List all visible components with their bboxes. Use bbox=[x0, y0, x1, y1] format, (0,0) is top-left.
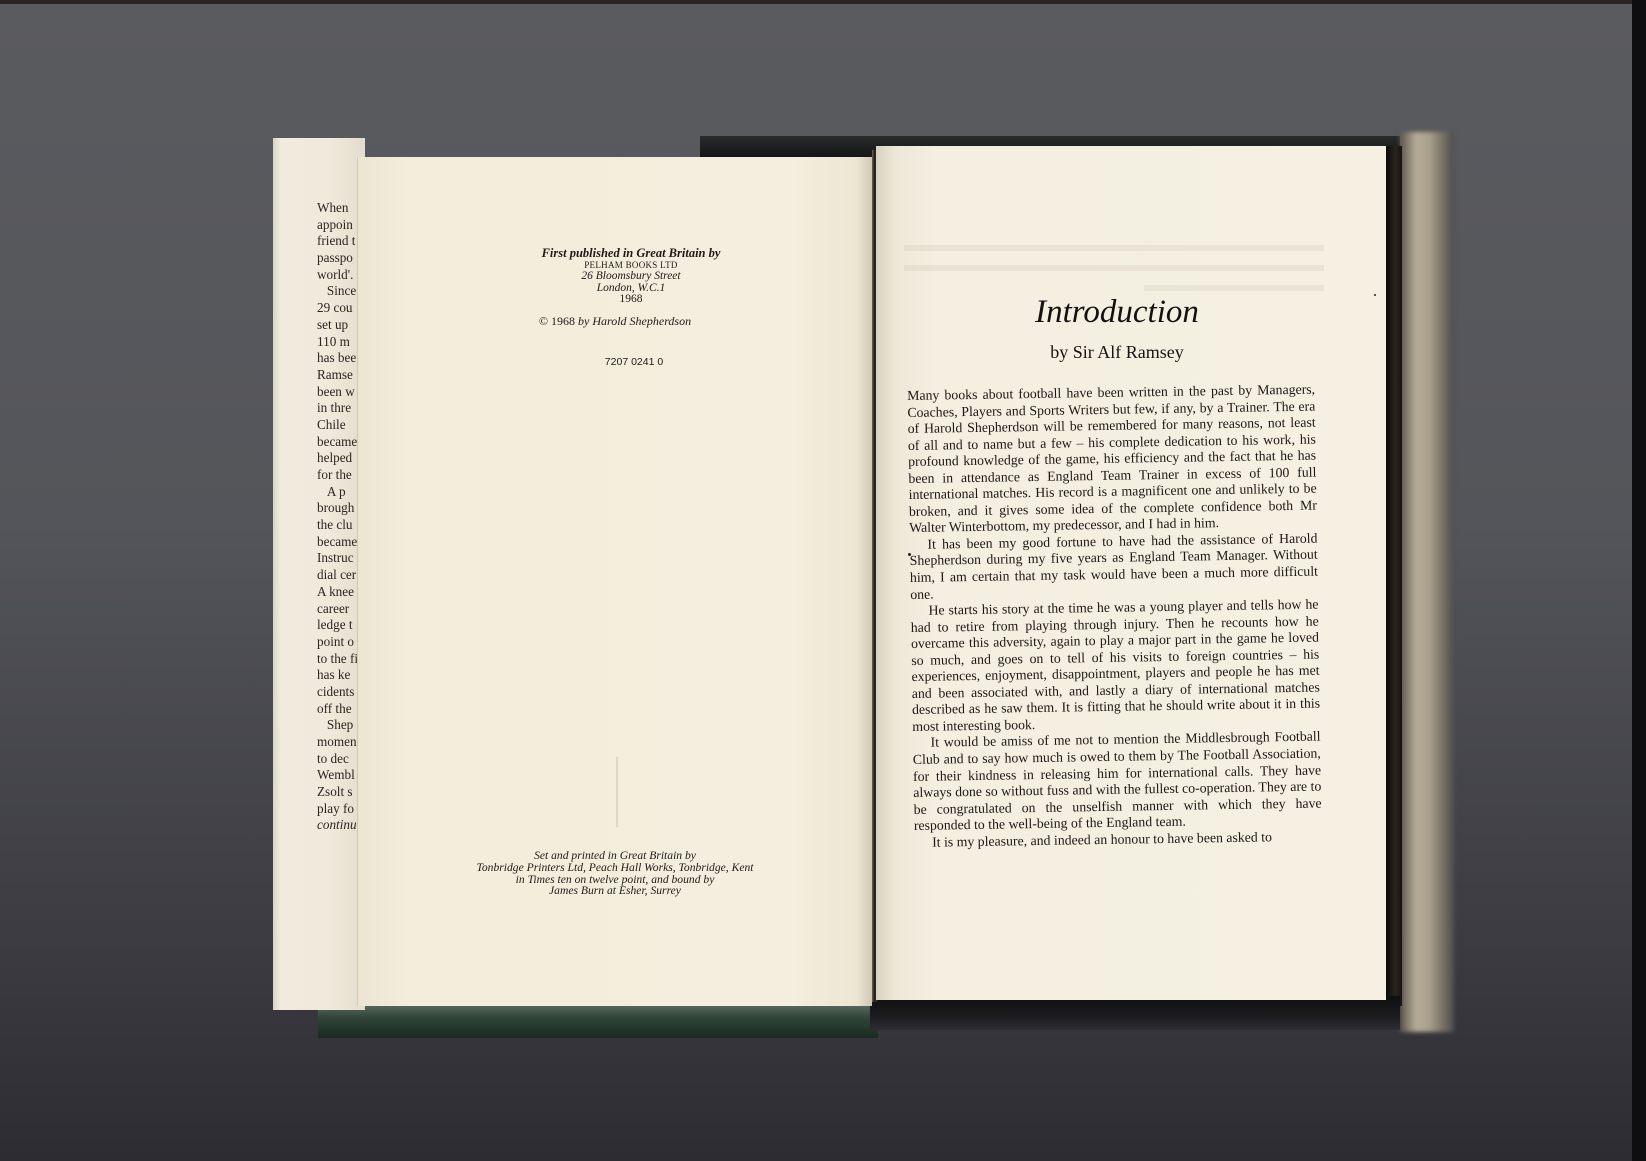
copyright-symbol: © bbox=[539, 314, 548, 328]
book-cover-shadow bbox=[870, 996, 1400, 1030]
publication-year: 1968 bbox=[358, 294, 872, 306]
scan-right-edge bbox=[1632, 0, 1646, 1161]
publication-details: First published in Great Britain by PELH… bbox=[358, 247, 872, 328]
chapter-byline: by Sir Alf Ramsey bbox=[876, 342, 1342, 363]
isbn-number: 7207 0241 0 bbox=[358, 356, 872, 368]
printer-credit-line: James Burn at Esher, Surrey bbox=[358, 885, 872, 897]
publisher-city: London, W.C.1 bbox=[358, 283, 872, 295]
chapter-title: Introduction bbox=[876, 294, 1342, 331]
introduction-paragraph: He starts his story at the time he was a… bbox=[910, 597, 1320, 736]
page-speck bbox=[1374, 294, 1376, 296]
introduction-paragraph: It would be amiss of me not to mention t… bbox=[912, 729, 1322, 835]
printer-credits: Set and printed in Great Britain byTonbr… bbox=[358, 850, 872, 897]
left-page-imprint: First published in Great Britain by PELH… bbox=[358, 157, 872, 1006]
printer-mark-showthrough bbox=[616, 757, 618, 827]
dust-jacket-flap: Whenappoinfriend tpasspoworld'. Since29 … bbox=[273, 138, 365, 1010]
introduction-paragraph: It has been my good fortune to have had … bbox=[909, 530, 1318, 603]
scan-top-edge bbox=[0, 0, 1646, 4]
book-cover-right-edge bbox=[1386, 146, 1402, 1006]
dust-jacket-right-edge bbox=[1400, 132, 1454, 1032]
printer-credit-line: Tonbridge Printers Ltd, Peach Hall Works… bbox=[358, 862, 872, 874]
right-page-introduction: Introduction by Sir Alf Ramsey Many book… bbox=[876, 146, 1386, 1000]
publisher-street: 26 Bloomsbury Street bbox=[358, 271, 872, 283]
introduction-body: Many books about football have been writ… bbox=[907, 382, 1322, 852]
copyright-line: © 1968 by Harold Shepherdson bbox=[358, 314, 872, 328]
copyright-holder: by Harold Shepherdson bbox=[578, 314, 691, 328]
introduction-paragraph: Many books about football have been writ… bbox=[907, 382, 1317, 537]
book-cover-bottom-edge bbox=[318, 1004, 878, 1038]
show-through-text bbox=[904, 235, 1324, 291]
page-speck bbox=[908, 553, 911, 556]
first-published-line: First published in Great Britain by bbox=[358, 247, 872, 260]
copyright-year: 1968 bbox=[551, 314, 575, 328]
